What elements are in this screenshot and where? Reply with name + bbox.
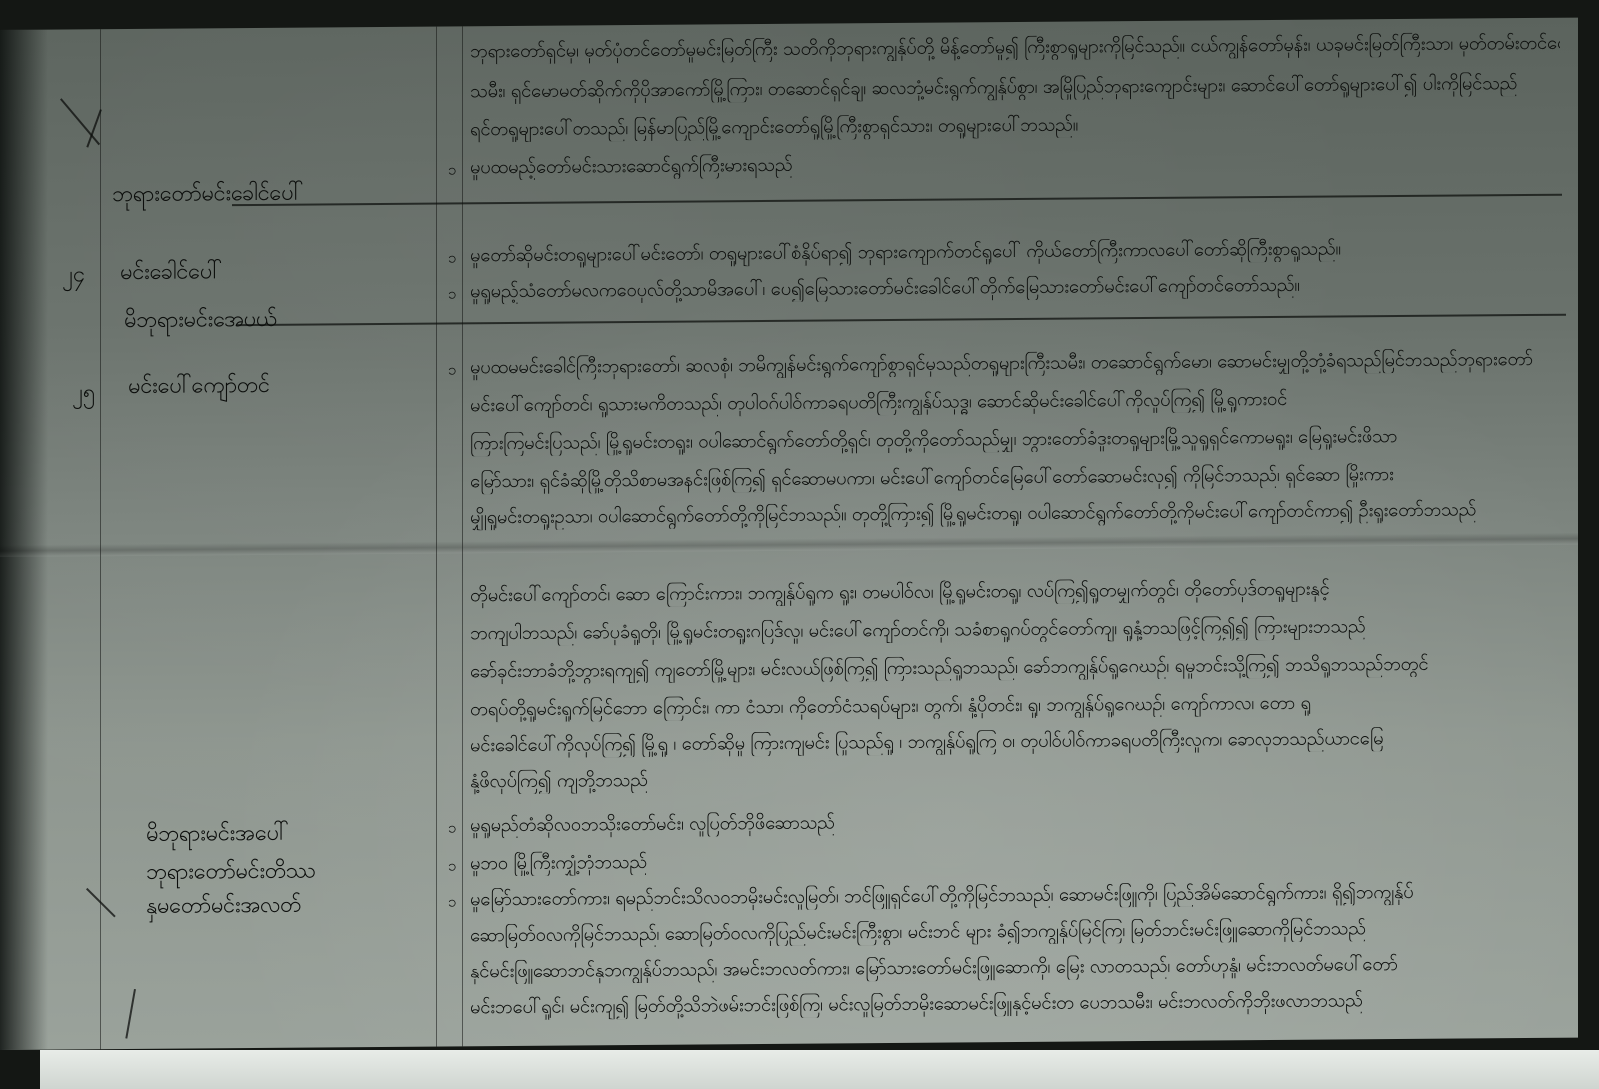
- margin-name: နှမတော်မင်းအလတ်: [146, 890, 301, 924]
- text-line: ခော်ခုင်းဘာခံဘို့ဘွားရကျ၍ ကျတော်မြို့မျာ…: [470, 652, 1560, 685]
- text-line: မင်းဘပေါ်ရှုင်၊ မင်းကျ၍ မြတ်တို့သိဘဲဖမ်း…: [470, 988, 1560, 1021]
- bottom-edge: [40, 1050, 1599, 1089]
- text-line: ဆောမြတ်ဝလကိုမြင်ဘသည်၊ ဆောမြတ်ဝလကိုပြည်မင…: [470, 916, 1560, 949]
- text-line: မှုတော်ဆိုမင်းတရှုများပေါ်မင်းတော်၊ တရှု…: [470, 236, 1560, 269]
- text-line: မှုရှုမည်တံဆိုလဝဘသိုးတော်မင်း၊ လှုပြတ်ဘိ…: [470, 806, 1560, 839]
- text-line: မျှိုရှုမင်းတရှုးဥသာ၊ ဝပါဆောင်ရွက်တော်တိ…: [470, 498, 1560, 531]
- margin-rule-outer: [100, 29, 101, 1049]
- text-line: ကြားကြမင်းပြသည်၊ မြို့ရှုမင်းတရှုး၊ ဝပါဆ…: [470, 424, 1560, 457]
- margin-name: မင်းပေါ်ကျော်တင်: [128, 370, 269, 404]
- paper-crack: [60, 98, 100, 145]
- text-line: နှံ့ဖိလုပ်ကြ၍ ကျဘို့ဘသည်: [470, 762, 1560, 795]
- paper-crack: [125, 989, 136, 1039]
- entry-bullet: ၁: [448, 248, 456, 270]
- page-fold: [0, 533, 1578, 557]
- column-rule-right: [462, 26, 463, 1046]
- entry-number: ၂၅: [72, 377, 95, 410]
- text-line: မှုပထမမင်းခေါင်ကြီးဘုရားတော်၊ ဆလစုံ၊ ဘမိ…: [470, 348, 1560, 381]
- text-line: သမီး၊ ရှင်မောမတ်ဆိုက်ကိုပိုအာကော်မြို့ကြ…: [470, 72, 1560, 105]
- margin-name: မိဘုရားမင်းအေပယ်: [124, 304, 277, 338]
- text-line: မှုရှုမည့်သံတော်မလကဝေပုလ်တို့သာမိအပေါ်၊ …: [470, 272, 1560, 305]
- entry-number: ၂၄: [62, 259, 85, 292]
- manuscript-page: ဘုရားတော်မင်းခေါင်ပေါ် ၂၄ မင်းခေါင်ပေါ် …: [0, 18, 1578, 1050]
- column-rule-left: [436, 27, 437, 1047]
- text-line: မြော်သား၊ ရှင်ခံဆိုမြို့တိုသိစာမအနင်းဖြစ…: [470, 462, 1560, 495]
- text-line: ဘုရားတော်ရှင်မှ၊ မှတ်ပုံတင်တော်မူမင်းမြတ…: [470, 32, 1560, 65]
- text-line: မင်းပေါ်ကျော်တင်၊ ရှုသားမကိတသည်၊ တုပါဝဂ်…: [470, 386, 1560, 419]
- section-divider: [232, 194, 1562, 206]
- text-line: တရပ်တို့ရှုမင်းရှုက်မြင်ဘော ကြောင်း၊ ကာ …: [470, 690, 1560, 723]
- text-line: မှုမြော်သားတော်ကား၊ ရမည်ဘင်းသိလဝဘမိုးမင်…: [470, 880, 1560, 913]
- entry-bullet: ၁: [448, 160, 456, 182]
- margin-name: ဘုရားတော်မင်းခေါင်ပေါ်: [112, 178, 303, 213]
- margin-name: မင်းခေါင်ပေါ်: [120, 256, 222, 290]
- text-line: တိုမင်းပေါ်ကျော်တင်၊ ဆော ကြောင်းကား၊ ဘကျ…: [470, 576, 1560, 609]
- text-line: မှုပထမည့်တော်မင်းသားဆောင်ရွက်ကြီးမားရသည်: [470, 148, 1560, 181]
- margin-name: ဘုရားတော်မင်းတိဿ: [146, 856, 315, 890]
- text-line: နှင်မင်းဖြူဆောဘင်နှဘကျွန်ုပ်ဘသည်၊ အမင်းဘ…: [470, 952, 1560, 985]
- text-line: မှုဘဝ မြို့ကြီးကျှံ့ဘုံဘသည်: [470, 844, 1560, 877]
- entry-bullet: ၁: [448, 818, 456, 840]
- entry-bullet: ၁: [448, 360, 456, 382]
- text-line: ဘကျပါဘသည်၊ ခော်ပုခံရှုတို၊ မြို့ရှုမင်းတ…: [470, 614, 1560, 647]
- text-line: မင်းခေါင်ပေါ်ကိုလုပ်ကြ၍ မြို့ရှု ၊ တော်ဆ…: [470, 726, 1560, 759]
- margin-name: မိဘုရားမင်းအပေါ်: [146, 818, 289, 852]
- text-line: ရင်တရှုများပေါ်တသည်၊ မြန်မာပြည်မြို့ကျော…: [470, 110, 1560, 143]
- entry-bullet: ၁: [448, 892, 456, 914]
- entry-bullet: ၁: [448, 856, 456, 878]
- left-edge-shadow: [0, 30, 48, 1050]
- entry-bullet: ၁: [448, 284, 456, 306]
